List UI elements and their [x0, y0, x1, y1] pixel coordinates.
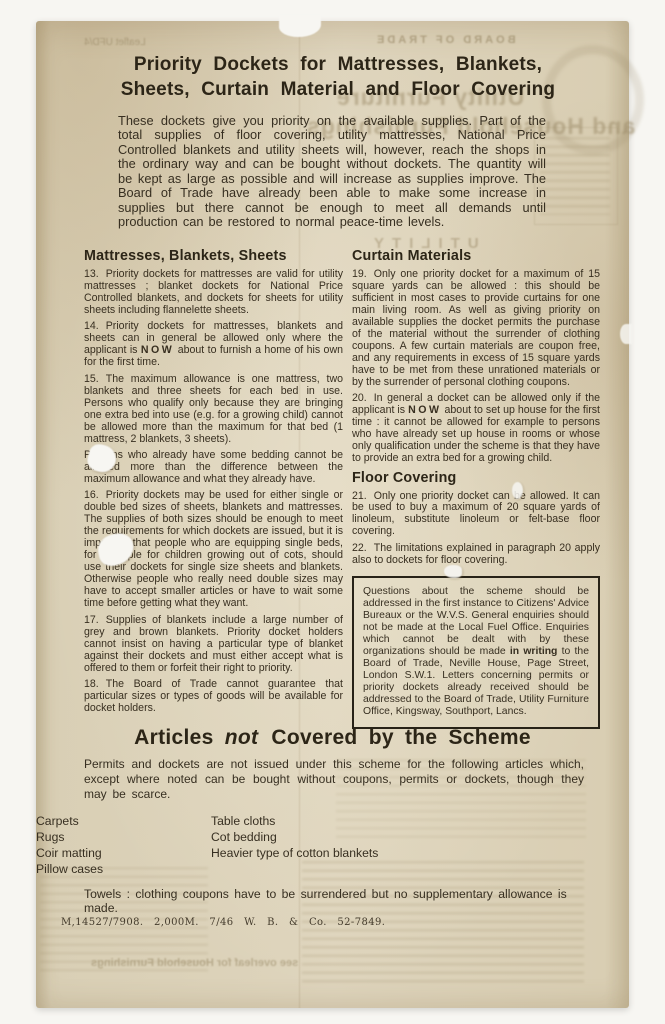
- document-title: Priority Dockets for Mattresses, Blanket…: [68, 52, 608, 102]
- list-item-pillow-cases: Pillow cases: [36, 861, 211, 877]
- section-heading-mattresses: Mattresses, Blankets, Sheets: [84, 248, 343, 264]
- paragraph-number: 15.: [84, 373, 106, 385]
- paper-hole-4: [444, 565, 462, 578]
- bleedthrough-lines-topright: [540, 137, 610, 215]
- list-item-table-cloths: Table cloths: [211, 813, 378, 829]
- section-heading-floor: Floor Covering: [352, 470, 600, 486]
- not-italic: not: [225, 726, 261, 749]
- edge-nick-right: [620, 324, 632, 344]
- now-emphasis: NOW: [141, 344, 174, 356]
- list-item-rugs: Rugs: [36, 829, 211, 845]
- paragraph-text: Only one priority docket for a maximum o…: [352, 268, 600, 388]
- document-title-line-2: Sheets, Curtain Material and Floor Cover…: [68, 77, 608, 102]
- print-reference-footer: M,14527/7908. 2,000M. 7/46 W. B. & Co. 5…: [61, 917, 385, 928]
- bleedthrough-leaflet-ref-text: Leaflet UFD/4: [84, 37, 146, 48]
- paragraph-number: 21.: [352, 490, 374, 502]
- list-item-cot-bedding: Cot bedding: [211, 829, 378, 845]
- paper-hole-3: [512, 482, 523, 499]
- paragraph-number: 13.: [84, 268, 106, 280]
- paragraph-18: 18.The Board of Trade cannot guarantee t…: [84, 679, 343, 715]
- info-box-text: Questions about the scheme should be add…: [363, 586, 589, 719]
- paragraph-text: The Board of Trade cannot guarantee that…: [84, 678, 343, 714]
- articles-not-covered-section: Articles not Covered by the Scheme Permi…: [36, 726, 629, 915]
- in-writing-emphasis: in writing: [510, 646, 558, 657]
- list-item-coir-matting: Coir matting: [36, 845, 211, 861]
- left-column: Mattresses, Blankets, Sheets 13.Priority…: [84, 248, 343, 729]
- leaflet-paper: BOARD OF TRADE Leaflet UFD/4 Utility Fur…: [36, 21, 629, 1008]
- document-title-line-1: Priority Dockets for Mattresses, Blanket…: [68, 52, 608, 77]
- towels-note: Towels : clothing coupons have to be sur…: [84, 887, 584, 915]
- heading-text: Articles: [134, 726, 225, 749]
- paragraph-19: 19.Only one priority docket for a maximu…: [352, 269, 600, 389]
- paragraph-text: Persons who already have some bedding ca…: [84, 449, 343, 485]
- right-column: Curtain Materials 19.Only one priority d…: [352, 248, 600, 729]
- paragraph-number: 16.: [84, 489, 106, 501]
- paragraph-13: 13.Priority dockets for mattresses are v…: [84, 269, 343, 317]
- paragraph-text: Priority dockets for mattresses are vali…: [84, 268, 343, 316]
- enquiries-info-box: Questions about the scheme should be add…: [352, 576, 600, 729]
- paragraph-number: 17.: [84, 614, 106, 626]
- paragraph-14: 14.Priority dockets for mattresses, blan…: [84, 321, 343, 369]
- bleedthrough-board-of-trade-text: BOARD OF TRADE: [374, 34, 516, 46]
- paragraph-15-continued: Persons who already have some bedding ca…: [84, 450, 343, 486]
- paragraph-22: 22.The limitations explained in paragrap…: [352, 543, 600, 567]
- page-background: { "colors": { "paper": "#dcd2b9", "ink":…: [0, 0, 665, 1024]
- paragraph-text: Supplies of blankets include a large num…: [84, 614, 343, 674]
- paragraph-text: The maximum allowance is one mattress, t…: [84, 373, 343, 445]
- heading-text: Covered by the Scheme: [260, 726, 531, 749]
- torn-edge-notch: [279, 15, 321, 37]
- excluded-list-right: Table cloths Cot bedding Heavier type of…: [211, 813, 378, 877]
- paragraph-number: 20.: [352, 392, 374, 404]
- intro-paragraph: These dockets give you priority on the a…: [118, 114, 546, 230]
- section-heading-curtain: Curtain Materials: [352, 248, 600, 264]
- paragraph-21: 21.Only one priority docket can be allow…: [352, 491, 600, 539]
- paragraph-number: 19.: [352, 268, 374, 280]
- list-item-carpets: Carpets: [36, 813, 211, 829]
- list-item-cotton-blankets: Heavier type of cotton blankets: [211, 845, 378, 861]
- excluded-list-left: Carpets Rugs Coir matting Pillow cases: [36, 813, 211, 877]
- paragraph-17: 17.Supplies of blankets include a large …: [84, 615, 343, 675]
- paragraph-15: 15.The maximum allowance is one mattress…: [84, 374, 343, 446]
- now-emphasis: NOW: [408, 404, 441, 416]
- articles-heading: Articles not Covered by the Scheme: [36, 726, 629, 750]
- paragraph-20: 20.In general a docket can be allowed on…: [352, 393, 600, 465]
- paragraph-text: Only one priority docket can be allowed.…: [352, 490, 600, 538]
- excluded-articles-lists: Carpets Rugs Coir matting Pillow cases T…: [36, 813, 629, 877]
- paragraph-text: The limitations explained in paragraph 2…: [352, 542, 600, 566]
- articles-intro: Permits and dockets are not issued under…: [84, 757, 584, 802]
- paragraph-number: 22.: [352, 542, 374, 554]
- paragraph-number: 14.: [84, 320, 106, 332]
- paragraph-number: 18.: [84, 678, 106, 690]
